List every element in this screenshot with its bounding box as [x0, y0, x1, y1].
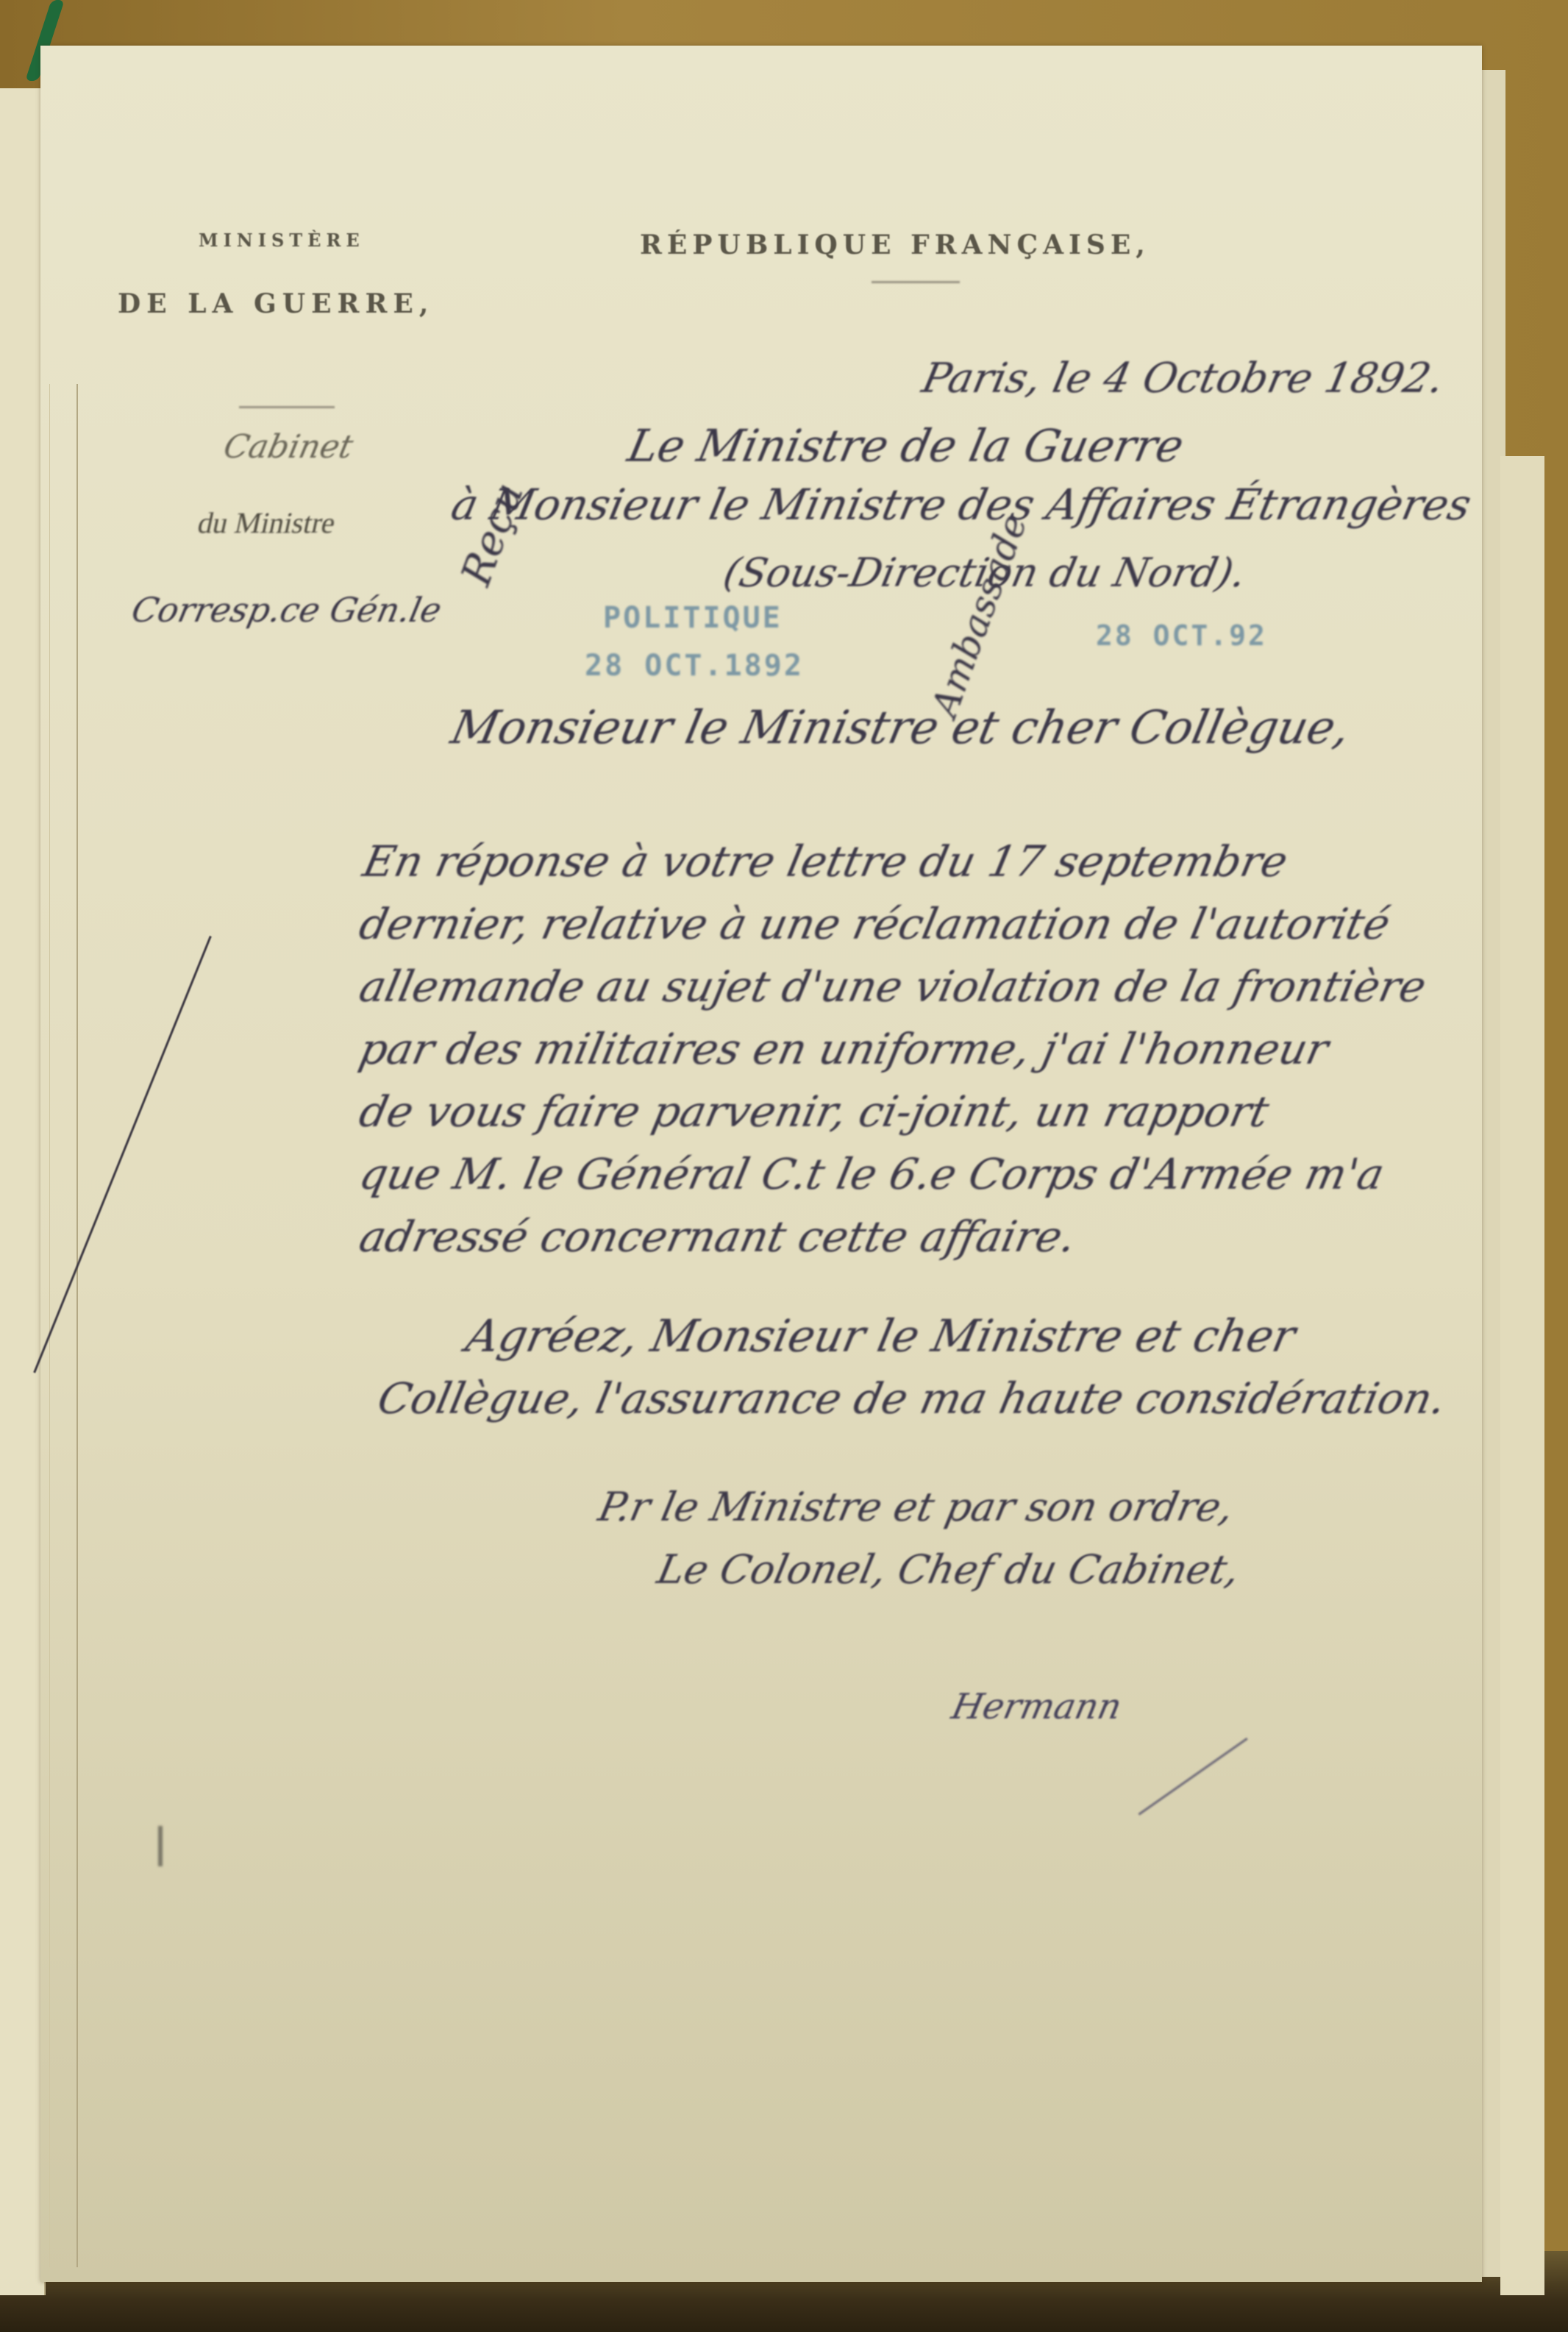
letterhead-ministere: MINISTÈRE [199, 230, 365, 251]
recipient-line: à Monsieur le Ministre des Affaires Étra… [447, 480, 1476, 530]
stamp-date-politique: 28 OCT.1892 [585, 649, 804, 683]
reference-note: Corresp.ce Gén.le [128, 590, 445, 630]
stamp-date-received: 28 OCT.92 [1096, 619, 1267, 652]
signature-block-line: Le Colonel, Chef du Cabinet, [653, 1546, 1244, 1593]
letterhead-de-la-guerre: DE LA GUERRE, [118, 288, 434, 319]
office-du-ministre: du Ministre [195, 505, 339, 540]
date-line: Paris, le 4 Octobre 1892. [918, 355, 1448, 402]
body-line: par des militaires en uniforme, j'ai l'h… [355, 1024, 1333, 1074]
body-line: adressé concernant cette affaire. [355, 1212, 1080, 1262]
closing-line: Collègue, l'assurance de ma haute consid… [374, 1373, 1450, 1423]
closing-line: Agréez, Monsieur le Ministre et cher [462, 1311, 1300, 1362]
body-line: dernier, relative à une réclamation de l… [355, 899, 1394, 949]
letterhead-republique: RÉPUBLIQUE FRANÇAISE, [640, 230, 1150, 260]
letterhead-rule [872, 281, 960, 283]
stamp-politique: POLITIQUE [603, 601, 783, 635]
body-line: allemande au sujet d'une violation de la… [355, 961, 1430, 1012]
signature-flourish [1138, 1738, 1248, 1816]
office-cabinet: Cabinet [221, 428, 357, 466]
sender-line: Le Ministre de la Guerre [624, 421, 1189, 472]
letter-sheet: MINISTÈRE DE LA GUERRE, RÉPUBLIQUE FRANÇ… [40, 46, 1482, 2282]
body-line: de vous faire parvenir, ci-joint, un rap… [355, 1087, 1274, 1137]
salutation: Monsieur le Ministre et cher Collègue, [446, 700, 1355, 754]
office-rule [239, 406, 335, 408]
marginal-note-ambassade: Ambassade [923, 508, 1036, 722]
signature-block-line: P.r le Ministre et par son ordre, [594, 1484, 1238, 1530]
body-line: que M. le Général C.t le 6.e Corps d'Arm… [355, 1149, 1389, 1199]
underlying-sheet-left [0, 88, 46, 2295]
body-line: En réponse à votre lettre du 17 septembr… [359, 836, 1292, 886]
underlying-sheet-right-2 [1500, 456, 1544, 2295]
signature: Hermann [948, 1686, 1125, 1727]
pencil-mark [158, 1826, 163, 1866]
